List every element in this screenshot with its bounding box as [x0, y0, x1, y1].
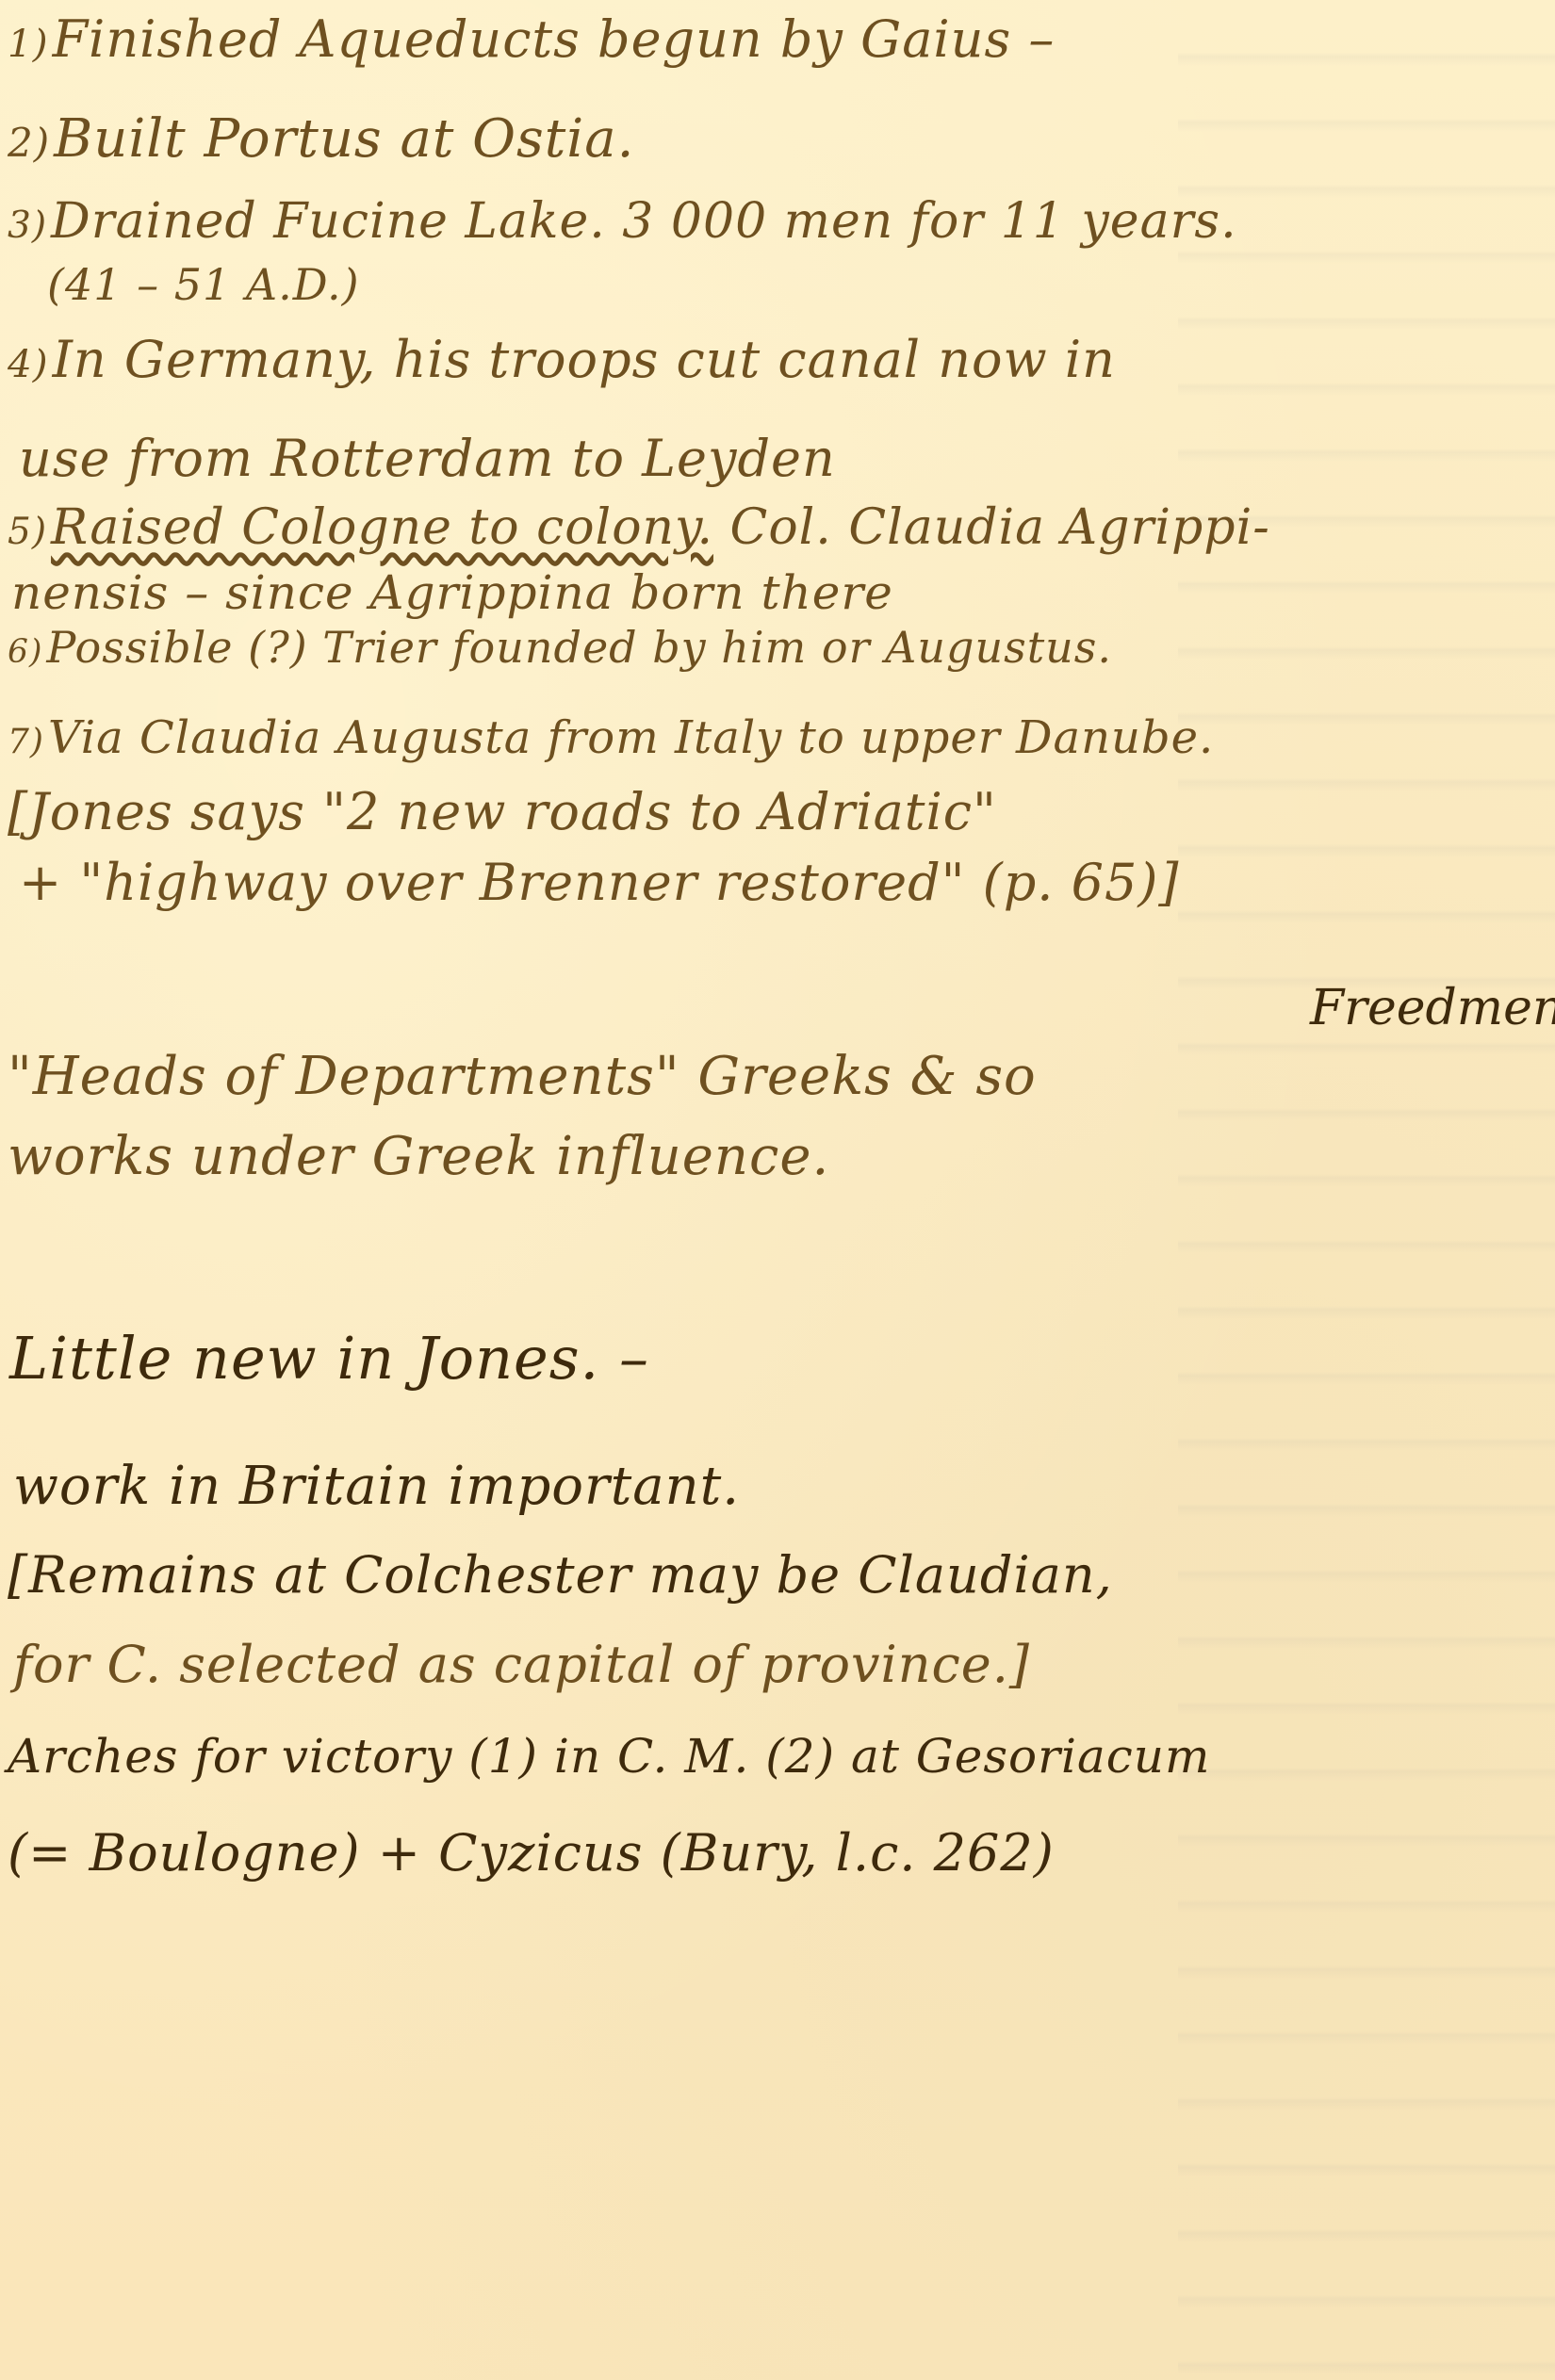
- note-line-1: 1)Finished Aqueducts begun by Gaius –: [8, 9, 1055, 69]
- note-line-6: use from Rotterdam to Leyden: [19, 429, 836, 488]
- item-text: Col. Claudia Agrippi-: [713, 499, 1270, 556]
- note-line-20: (= Boulogne) + Cyzicus (Bury, l.c. 262): [8, 1823, 1055, 1883]
- note-line-16: work in Britain important.: [13, 1456, 740, 1517]
- note-line-15: Little new in Jones. –: [9, 1324, 649, 1393]
- item-text: Drained Fucine Lake. 3 000 men for 11 ye…: [51, 193, 1237, 250]
- ink-bleed-through: [1178, 0, 1555, 2380]
- item-number: 2): [8, 120, 50, 166]
- interlinear-insertion: Freedmen: [1310, 980, 1555, 1036]
- item-number: 3): [8, 204, 47, 247]
- item-text: nensis – since Agrippina born there: [11, 565, 893, 620]
- line-text: for C. selected as capital of province.]: [13, 1635, 1030, 1694]
- line-text: works under Greek influence.: [8, 1126, 829, 1187]
- item-text: + "highway over Brenner restored" (p. 65…: [19, 853, 1179, 912]
- item-text: Via Claudia Augusta from Italy to upper …: [48, 711, 1214, 764]
- item-text: [Jones says "2 new roads to Adriatic": [8, 782, 997, 841]
- item-number: 7): [8, 723, 44, 761]
- item-number: 4): [8, 341, 49, 386]
- note-line-12: + "highway over Brenner restored" (p. 65…: [19, 853, 1179, 912]
- item-text: use from Rotterdam to Leyden: [19, 429, 836, 488]
- note-line-18: for C. selected as capital of province.]: [13, 1635, 1030, 1694]
- note-line-3: 3)Drained Fucine Lake. 3 000 men for 11 …: [8, 193, 1237, 250]
- note-line-13: "Heads of Departments" Greeks & so: [8, 1046, 1037, 1107]
- note-line-19: Arches for victory (1) in C. M. (2) at G…: [8, 1729, 1210, 1784]
- item-text: Finished Aqueducts begun by Gaius –: [53, 9, 1056, 69]
- note-line-7: 5)Raised Cologne to colony. Col. Claudia…: [8, 499, 1270, 556]
- manuscript-page: 1)Finished Aqueducts begun by Gaius – 2)…: [0, 0, 1555, 2380]
- note-line-4: (41 – 51 A.D.): [47, 259, 360, 310]
- note-line-5: 4)In Germany, his troops cut canal now i…: [8, 330, 1116, 389]
- note-line-2: 2)Built Portus at Ostia.: [8, 108, 634, 170]
- note-line-17: [Remains at Colchester may be Claudian,: [8, 1545, 1113, 1605]
- note-line-8: nensis – since Agrippina born there: [11, 565, 893, 620]
- line-text: "Heads of Departments" Greeks & so: [8, 1046, 1037, 1107]
- item-text: (41 – 51 A.D.): [47, 259, 360, 310]
- item-text: In Germany, his troops cut canal now in: [53, 330, 1116, 389]
- note-line-9: 6)Possible (?) Trier founded by him or A…: [8, 622, 1112, 673]
- line-text: [Remains at Colchester may be Claudian,: [8, 1545, 1113, 1605]
- line-text: Arches for victory (1) in C. M. (2) at G…: [8, 1729, 1210, 1784]
- line-text: work in Britain important.: [13, 1456, 740, 1517]
- note-line-10: 7)Via Claudia Augusta from Italy to uppe…: [8, 711, 1214, 764]
- note-line-14: works under Greek influence.: [8, 1126, 829, 1187]
- item-number: 6): [8, 633, 42, 671]
- item-text: Possible (?) Trier founded by him or Aug…: [46, 622, 1112, 673]
- item-text: Built Portus at Ostia.: [54, 108, 634, 170]
- item-number: 5): [8, 511, 47, 553]
- note-line-11: [Jones says "2 new roads to Adriatic": [8, 782, 997, 841]
- line-text: (= Boulogne) + Cyzicus (Bury, l.c. 262): [8, 1823, 1055, 1883]
- underlined-text: Raised Cologne to colony.: [51, 499, 713, 556]
- line-text: Little new in Jones. –: [9, 1324, 649, 1393]
- item-number: 1): [8, 21, 49, 66]
